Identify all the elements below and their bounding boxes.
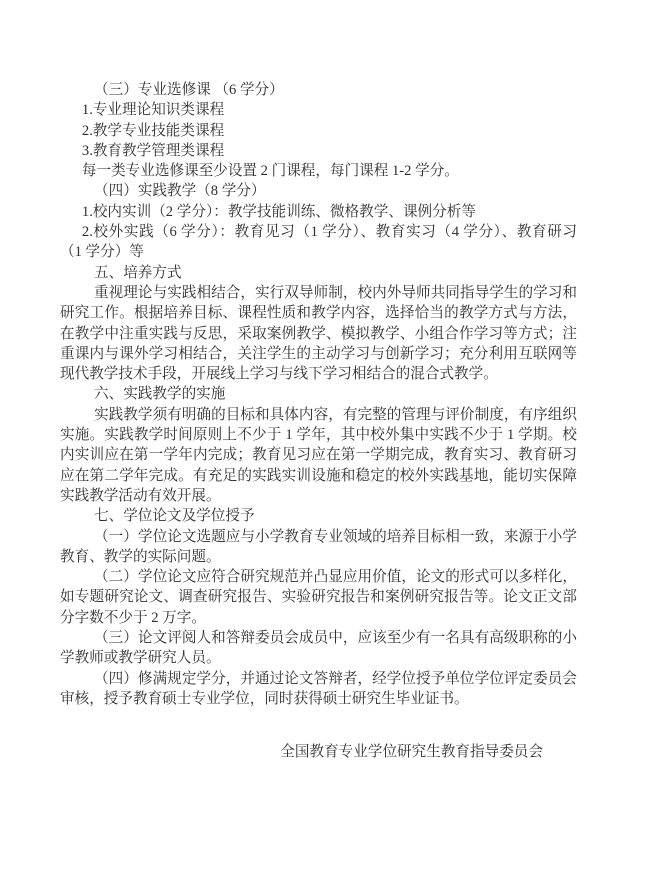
paragraph: 六、实践教学的实施 bbox=[60, 384, 577, 404]
paragraph: （一）学位论文选题应与小学教育专业领域的培养目标相一致，来源于小学教育、教学的实… bbox=[60, 527, 577, 568]
paragraph: （三）专业选修课 （6 学分） bbox=[60, 80, 577, 100]
paragraph: 3.教育教学管理类课程 bbox=[60, 141, 577, 161]
document-body: （三）专业选修课 （6 学分）1.专业理论知识类课程2.教学专业技能类课程3.教… bbox=[60, 80, 577, 709]
paragraph: 重视理论与实践相结合，实行双导师制，校内外导师共同指导学生的学习和研究工作。根据… bbox=[60, 283, 577, 384]
paragraph: （三）论文评阅人和答辩委员会成员中，应该至少有一名具有高级职称的小学教师或教学研… bbox=[60, 628, 577, 669]
paragraph: 七、学位论文及学位授予 bbox=[60, 506, 577, 526]
paragraph: 1.专业理论知识类课程 bbox=[60, 100, 577, 120]
paragraph: 2.校外实践（6 学分）：教育见习（1 学分）、教育实习（4 学分）、教育研习（… bbox=[60, 222, 577, 263]
paragraph: 每一类专业选修课至少设置 2 门课程，每门课程 1-2 学分。 bbox=[60, 161, 577, 181]
paragraph: 1.校内实训（2 学分）：教学技能训练、微格教学、课例分析等 bbox=[60, 202, 577, 222]
signature-line: 全国教育专业学位研究生教育指导委员会 bbox=[60, 742, 577, 762]
paragraph: 2.教学专业技能类课程 bbox=[60, 121, 577, 141]
paragraph: 五、培养方式 bbox=[60, 263, 577, 283]
paragraph: （二）学位论文应符合研究规范并凸显应用价值，论文的形式可以多样化，如专题研究论文… bbox=[60, 567, 577, 628]
paragraph: 实践教学须有明确的目标和具体内容，有完整的管理与评价制度，有序组织实施。实践教学… bbox=[60, 405, 577, 506]
paragraph: （四）修满规定学分，并通过论文答辩者，经学位授予单位学位评定委员会审核，授予教育… bbox=[60, 669, 577, 710]
paragraph: （四）实践教学（8 学分） bbox=[60, 181, 577, 201]
document-page: （三）专业选修课 （6 学分）1.专业理论知识类课程2.教学专业技能类课程3.教… bbox=[0, 0, 658, 892]
